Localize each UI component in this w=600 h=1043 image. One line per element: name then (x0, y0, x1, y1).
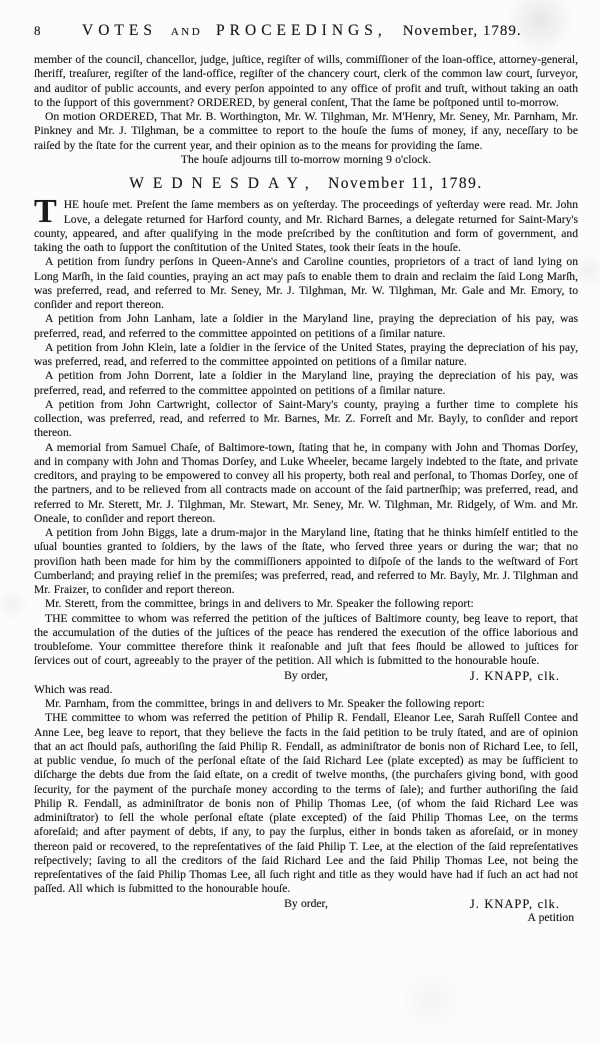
report-intro-sterett: Mr. Sterett, from the committee, brings … (34, 597, 578, 611)
paragraph-house-met: THE houſe met. Preſent the ſame members … (34, 198, 578, 255)
petition-paragraph-biggs: A petition from John Biggs, late a drum-… (34, 526, 578, 597)
signoff-block-1: By order, J. KNAPP, clk. (34, 669, 578, 683)
report-justices-baltimore: THE committee to whom was referred the p… (34, 612, 578, 669)
header-date: November, 1789. (403, 23, 522, 40)
petition-paragraph-lanham: A petition from John Lanham, late a ſold… (34, 312, 578, 341)
by-order-label: By order, (284, 669, 328, 682)
session-heading: WEDNESDAY, November 11, 1789. (34, 177, 578, 191)
page-title: VOTES AND PROCEEDINGS, (82, 22, 387, 40)
session-date: November 11, 1789. (328, 175, 483, 192)
paragraph-house-met-text: HE houſe met. Preſent the ſame members a… (34, 198, 578, 254)
clerk-signature: J. KNAPP, clk. (470, 897, 560, 911)
signoff-block-2: By order, J. KNAPP, clk. (34, 897, 578, 911)
paragraph-motion-ordered: On motion ORDERED, That Mr. B. Worthingt… (34, 110, 578, 153)
title-and: AND (171, 26, 202, 38)
report-fendall-lee: THE committee to whom was referred the p… (34, 711, 578, 896)
petition-paragraph-dorrent: A petition from John Dorrent, late a ſol… (34, 369, 578, 398)
paragraph-continuation: member of the council, chancellor, judge… (34, 53, 578, 110)
by-order-label: By order, (284, 897, 328, 910)
page-body: member of the council, chancellor, judge… (34, 53, 578, 925)
scanned-page: 8 VOTES AND PROCEEDINGS, November, 1789.… (0, 0, 600, 1043)
which-was-read-line: Which was read. (34, 683, 578, 697)
catchword: A petition (528, 911, 574, 924)
clerk-signature: J. KNAPP, clk. (470, 669, 560, 683)
petition-paragraph-klein: A petition from John Klein, late a ſoldi… (34, 341, 578, 370)
petition-paragraph-cartwright: A petition from John Cartwright, collect… (34, 398, 578, 441)
petition-paragraph-long-marsh: A petition from ſundry perſons in Queen-… (34, 255, 578, 312)
title-proceedings: PROCEEDINGS, (216, 22, 387, 39)
adjournment-line: The houſe adjourns till to-morrow mornin… (34, 153, 578, 167)
drop-cap-letter: T (34, 198, 64, 225)
session-day: WEDNESDAY, (129, 175, 318, 192)
page-number: 8 (34, 23, 68, 39)
page-header: 8 VOTES AND PROCEEDINGS, November, 1789. (34, 22, 578, 40)
report-intro-parnham: Mr. Parnham, from the committee, brings … (34, 697, 578, 711)
memorial-paragraph-chase: A memorial from Samuel Chaſe, of Baltimo… (34, 441, 578, 527)
catchword-row: A petition (34, 911, 578, 925)
title-votes: VOTES (82, 22, 157, 39)
